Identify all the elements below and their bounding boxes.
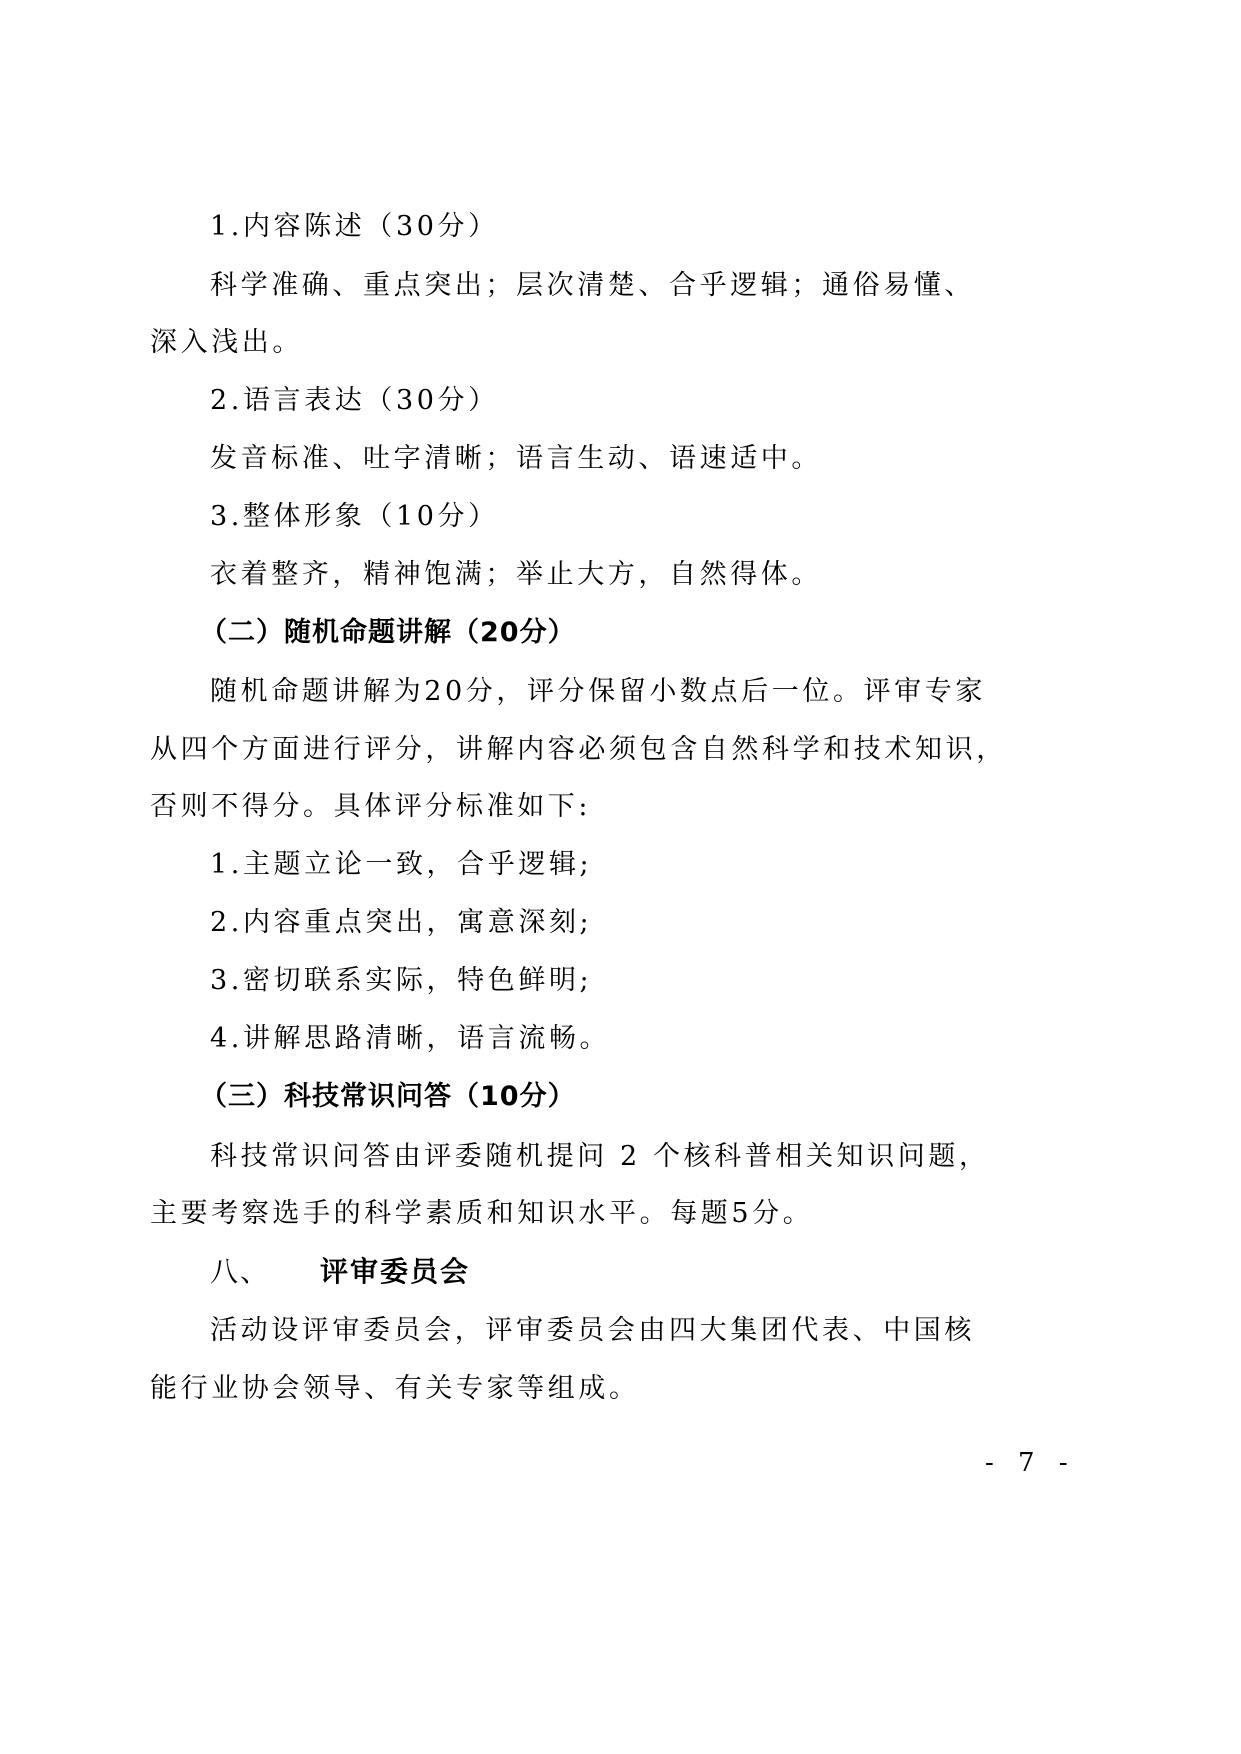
criterion-1: 1.主题立论一致，合乎逻辑; bbox=[210, 848, 965, 882]
section-title: 评审委员会 bbox=[320, 1255, 470, 1288]
page-number: - 7 - bbox=[985, 1448, 1076, 1478]
paragraph-image-criteria: 衣着整齐，精神饱满；举止大方，自然得体。 bbox=[210, 558, 965, 592]
subheading-science-quiz: （三）科技常识问答（10分） bbox=[200, 1080, 955, 1114]
item-content-statement: 1.内容陈述（30分） bbox=[210, 210, 965, 244]
paragraph-random-topic-cont1: 从四个方面进行评分，讲解内容必须包含自然科学和技术知识， bbox=[150, 733, 965, 767]
paragraph-random-topic: 随机命题讲解为20分，评分保留小数点后一位。评审专家 bbox=[210, 675, 965, 709]
paragraph-content-criteria: 科学准确、重点突出；层次清楚、合乎逻辑；通俗易懂、 bbox=[210, 269, 965, 303]
item-overall-image: 3.整体形象（10分） bbox=[210, 500, 965, 534]
criterion-2: 2.内容重点突出，寓意深刻; bbox=[210, 906, 965, 940]
section-number: 八、 bbox=[210, 1255, 270, 1288]
section-heading-review-committee: 八、评审委员会 bbox=[210, 1255, 965, 1289]
paragraph-random-topic-cont2: 否则不得分。具体评分标准如下: bbox=[150, 790, 965, 824]
document-page: 1.内容陈述（30分） 科学准确、重点突出；层次清楚、合乎逻辑；通俗易懂、 深入… bbox=[0, 0, 1241, 1754]
paragraph-language-criteria: 发音标准、吐字清晰；语言生动、语速适中。 bbox=[210, 442, 965, 476]
paragraph-committee: 活动设评审委员会，评审委员会由四大集团代表、中国核 bbox=[210, 1314, 965, 1348]
paragraph-science-quiz: 科技常识问答由评委随机提问 2 个核科普相关知识问题， bbox=[210, 1140, 965, 1174]
criterion-4: 4.讲解思路清晰，语言流畅。 bbox=[210, 1022, 965, 1056]
item-language-expression: 2.语言表达（30分） bbox=[210, 384, 965, 418]
criterion-3: 3.密切联系实际，特色鲜明; bbox=[210, 964, 965, 998]
paragraph-science-quiz-cont: 主要考察选手的科学素质和知识水平。每题5分。 bbox=[150, 1197, 965, 1231]
paragraph-content-criteria-cont: 深入浅出。 bbox=[150, 326, 965, 360]
subheading-random-topic: （二）随机命题讲解（20分） bbox=[200, 616, 955, 650]
paragraph-committee-cont: 能行业协会领导、有关专家等组成。 bbox=[150, 1372, 965, 1406]
